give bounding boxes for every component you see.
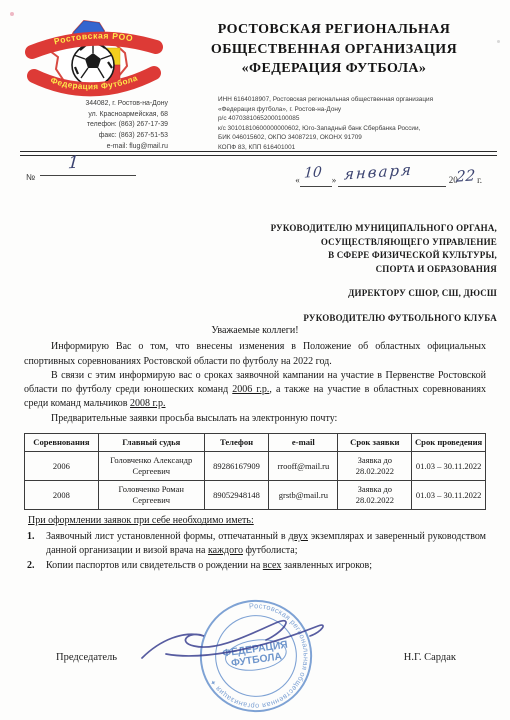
scan-speckle <box>10 12 14 16</box>
requisites-line: «Федерация футбола», г. Ростов-на-Дону <box>218 105 500 115</box>
requirements-heading: При оформлении заявок при себе необходим… <box>28 514 486 528</box>
cell-referee: Головченко Александр Сергеевич <box>98 452 204 481</box>
addressee-group-club: РУКОВОДИТЕЛЮ ФУТБОЛЬНОГО КЛУБА <box>157 312 497 326</box>
date-suffix: г. <box>477 175 482 185</box>
addressee-line: В СФЕРЕ ФИЗИЧЕСКОЙ КУЛЬТУРЫ, <box>157 249 497 263</box>
cell-email: rrooff@mail.ru <box>269 452 338 481</box>
date-close-quote: » <box>332 175 337 185</box>
address-line: ул. Красноармейская, 68 <box>26 110 168 121</box>
item-text-part: Заявочный лист установленной формы, отпе… <box>46 531 289 542</box>
addressee-group-municipal: РУКОВОДИТЕЛЮ МУНИЦИПАЛЬНОГО ОРГАНА, ОСУЩ… <box>157 222 497 276</box>
requisites-line: ИНН 6164018907, Ростовская региональная … <box>218 95 500 105</box>
header-divider <box>20 151 497 156</box>
federation-logo: Ростовская РОО Федерация Футбола <box>20 10 168 112</box>
date-day-blank: 10 <box>300 174 332 187</box>
col-header-referee: Главный судья <box>98 434 204 452</box>
requisites-line: БИК 046015602, ОКПО 34087219, ОКОНХ 9170… <box>218 133 500 143</box>
addressee-line: РУКОВОДИТЕЛЮ МУНИЦИПАЛЬНОГО ОРГАНА, <box>157 222 497 236</box>
org-address-block: 344082, г. Ростов-на-Дону ул. Красноарме… <box>26 99 168 153</box>
paragraph-campaign: В связи с этим информирую вас о сроках з… <box>24 369 486 412</box>
cell-phone: 89052948148 <box>204 481 269 510</box>
table-header-row: Соревнования Главный судья Телефон e-mai… <box>25 434 486 452</box>
competitions-table: Соревнования Главный судья Телефон e-mai… <box>24 433 486 510</box>
date-month-handwritten: января <box>344 161 414 184</box>
cell-deadline: Заявка до 28.02.2022 <box>338 481 412 510</box>
cell-phone: 89286167909 <box>204 452 269 481</box>
ref-number-blank: 1 <box>40 163 136 176</box>
cell-competition: 2008 <box>25 481 99 510</box>
org-title-line: РОСТОВСКАЯ РЕГИОНАЛЬНАЯ <box>168 20 500 40</box>
table-row-2008: 2008 Головченко Роман Сергеевич 89052948… <box>25 481 486 510</box>
addressee-line: СПОРТА И ОБРАЗОВАНИЯ <box>157 263 497 277</box>
item-text-part: футболиста; <box>243 545 298 556</box>
signer-name: Н.Г. Сардак <box>404 652 456 663</box>
date-line: «10» января 2022 г. <box>295 169 482 187</box>
item-number: 1. <box>24 530 46 559</box>
year-2006-underlined: 2006 г.р. <box>232 384 269 395</box>
cell-period: 01.03 – 30.11.2022 <box>412 481 486 510</box>
requisites-line: р/с 40703810652000100085 <box>218 114 500 124</box>
word-kazhdogo-underlined: каждого <box>208 545 243 556</box>
requisites-line: к/с 30101810600000000602, Юго-Западный б… <box>218 124 500 134</box>
salutation: Уважаемые коллеги! <box>24 324 486 338</box>
cell-competition: 2006 <box>25 452 99 481</box>
address-line: 344082, г. Ростов-на-Дону <box>26 99 168 110</box>
item-text-part: Копии паспортов или свидетельств о рожде… <box>46 560 263 571</box>
col-header-phone: Телефон <box>204 434 269 452</box>
addressee-line: ОСУЩЕСТВЛЯЮЩЕГО УПРАВЛЕНИЕ <box>157 236 497 250</box>
cell-email: grstb@mail.ru <box>269 481 338 510</box>
address-line: факс: (863) 267-51-53 <box>26 131 168 142</box>
paragraph-email-note: Предварительные заявки просьба высылать … <box>24 412 486 426</box>
ref-line: № 1 «10» января 2022 г. <box>26 163 486 197</box>
word-dvuh-underlined: двух <box>289 531 308 542</box>
col-header-email: e-mail <box>269 434 338 452</box>
word-vseh-underlined: всех <box>263 560 282 571</box>
cell-period: 01.03 – 30.11.2022 <box>412 452 486 481</box>
ref-number-label: № <box>26 172 35 182</box>
letter-page: Ростовская РОО Федерация Футбола РОСТОВС… <box>0 0 510 720</box>
requirement-item-1: 1. Заявочный лист установленной формы, о… <box>24 530 486 559</box>
addressee-group-director: ДИРЕКТОРУ СШОР, СШ, ДЮСШ <box>157 287 497 301</box>
item-text: Копии паспортов или свидетельств о рожде… <box>46 559 486 573</box>
address-line: телефон: (863) 267-17-39 <box>26 120 168 131</box>
addressee-block: РУКОВОДИТЕЛЮ МУНИЦИПАЛЬНОГО ОРГАНА, ОСУЩ… <box>157 222 497 336</box>
date-year-handwritten: 22 <box>455 166 475 185</box>
col-header-competition: Соревнования <box>25 434 99 452</box>
org-title-line: «ФЕДЕРАЦИЯ ФУТБОЛА» <box>168 59 500 79</box>
soccer-ball <box>72 44 114 86</box>
year-2008-underlined: 2008 г.р. <box>130 398 165 409</box>
ref-number-handwritten: 1 <box>67 153 79 174</box>
item-number: 2. <box>24 559 46 573</box>
org-title: РОСТОВСКАЯ РЕГИОНАЛЬНАЯ ОБЩЕСТВЕННАЯ ОРГ… <box>168 20 500 79</box>
paragraph-changes: Информирую Вас о том, что внесены измене… <box>24 340 486 369</box>
col-header-period: Срок проведения <box>412 434 486 452</box>
cell-deadline: Заявка до 28.02.2022 <box>338 452 412 481</box>
org-requisites-block: ИНН 6164018907, Ростовская региональная … <box>218 95 500 153</box>
cell-referee: Головченко Роман Сергеевич <box>98 481 204 510</box>
org-title-line: ОБЩЕСТВЕННАЯ ОРГАНИЗАЦИЯ <box>168 40 500 60</box>
signer-title: Председатель <box>56 652 117 663</box>
item-text: Заявочный лист установленной формы, отпе… <box>46 530 486 559</box>
date-day-handwritten: 10 <box>303 164 322 181</box>
col-header-deadline: Срок заявки <box>338 434 412 452</box>
table-row-2006: 2006 Головченко Александр Сергеевич 8928… <box>25 452 486 481</box>
letter-body: Уважаемые коллеги! Информирую Вас о том,… <box>24 324 486 575</box>
requirement-item-2: 2. Копии паспортов или свидетельств о ро… <box>24 559 486 573</box>
date-month-blank: января <box>338 174 446 187</box>
item-text-part: заявленных игроков; <box>281 560 372 571</box>
signature-ink <box>132 596 342 682</box>
